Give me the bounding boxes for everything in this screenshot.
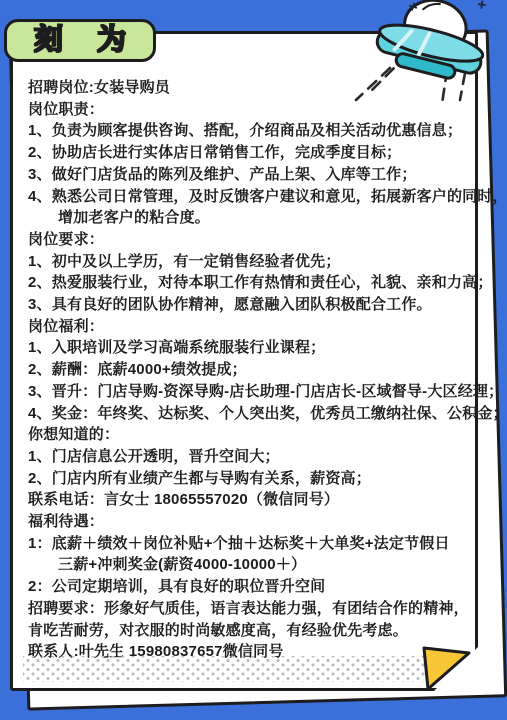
text-line: 2、门店内所有业绩产生都与导购有关系，薪资高； [28,468,469,490]
text-line: 1、初中及以上学历，有一定销售经验者优先； [28,251,469,273]
text-line: 4、奖金：年终奖、达标奖、个人突出奖，优秀员工缴纳社保、公积金； [28,403,469,425]
text-line: 4、熟悉公司日常管理，及时反馈客户建议和意见，拓展新客户的同时， [28,186,469,208]
brand-label: 刻 为 [21,26,139,55]
text-line: 3、做好门店货品的陈列及维护、产品上架、入库等工作； [28,164,469,186]
main-card: 招聘岗位:女装导购员岗位职责：1、负责为顾客提供咨询、搭配，介绍商品及相关活动优… [10,31,478,691]
text-line: 岗位福利： [28,316,469,338]
text-line: 2：公司定期培训，具有良好的职位晋升空间 [28,576,469,598]
text-line: 1、门店信息公开透明，晋升空间大； [28,446,469,468]
text-line: 2、薪酬：底薪4000+绩效提成； [28,359,469,381]
dot-pattern-decoration [23,656,425,682]
text-line: 1：底薪＋绩效＋岗位补贴+个抽＋达标奖＋大单奖+法定节假日 [28,533,469,555]
text-line: 2、热爱服装行业，对待本职工作有热情和责任心，礼貌、亲和力高； [28,272,469,294]
page-fold-icon [418,631,478,691]
text-line: 招聘要求：形象好气质佳，语言表达能力强，有团结合作的精神， [28,598,469,620]
text-line: 3、具有良好的团队协作精神，愿意融入团队积极配合工作。 [28,294,469,316]
text-line: 岗位要求： [28,229,469,251]
text-line: 福利待遇： [28,511,469,533]
body-text: 招聘岗位:女装导购员岗位职责：1、负责为顾客提供咨询、搭配，介绍商品及相关活动优… [28,77,469,663]
text-line: 三薪+冲刺奖金(薪资4000-10000＋） [28,554,469,576]
text-line: 2、协助店长进行实体店日常销售工作，完成季度目标； [28,142,469,164]
text-line: 联系电话：言女士 18065557020（微信同号） [28,489,469,511]
ufo-icon [352,0,504,116]
text-line: 肯吃苦耐劳，对衣服的时尚敏感度高，有经验优先考虑。 [28,620,469,642]
text-line: 3、晋升：门店导购-资深导购-店长助理-门店店长-区域督导-大区经理； [28,381,469,403]
text-line: 1、入职培训及学习高端系统服装行业课程； [28,337,469,359]
poster-frame: 招聘岗位:女装导购员岗位职责：1、负责为顾客提供咨询、搭配，介绍商品及相关活动优… [0,0,507,720]
brand-badge: 刻 为 [4,19,156,62]
text-line: 你想知道的： [28,424,469,446]
text-line: 增加老客户的粘合度。 [28,207,469,229]
text-line: 1、负责为顾客提供咨询、搭配，介绍商品及相关活动优惠信息； [28,120,469,142]
